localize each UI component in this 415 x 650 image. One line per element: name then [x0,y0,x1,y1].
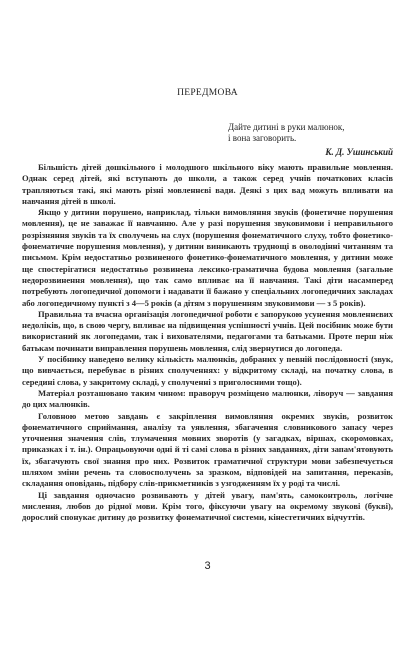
epigraph-author: К. Д. Ушинський [325,147,393,157]
paragraph: Головною метою завдань є закріплення вим… [22,411,393,490]
epigraph-line: Дайте дитині в руки малюнок, [228,122,398,133]
epigraph-line: і вона заговорить. [228,133,398,144]
paragraph: У посібнику наведено велику кількість ма… [22,354,393,388]
paragraph: Більшість дітей дошкільного і молодшого … [22,162,393,207]
document-page: ПЕРЕДМОВА Дайте дитині в руки малюнок, і… [0,0,415,650]
epigraph: Дайте дитині в руки малюнок, і вона заго… [228,122,398,143]
page-title: ПЕРЕДМОВА [0,88,415,98]
page-number: 3 [0,560,415,572]
body-text: Більшість дітей дошкільного і молодшого … [22,162,393,524]
paragraph: Ці завдання одночасно розвивають у дітей… [22,490,393,524]
paragraph: Правильна та вчасна організація логопеди… [22,309,393,354]
paragraph: Якщо у дитини порушено, наприклад, тільк… [22,207,393,309]
paragraph: Матеріал розташовано таким чином: правор… [22,388,393,411]
